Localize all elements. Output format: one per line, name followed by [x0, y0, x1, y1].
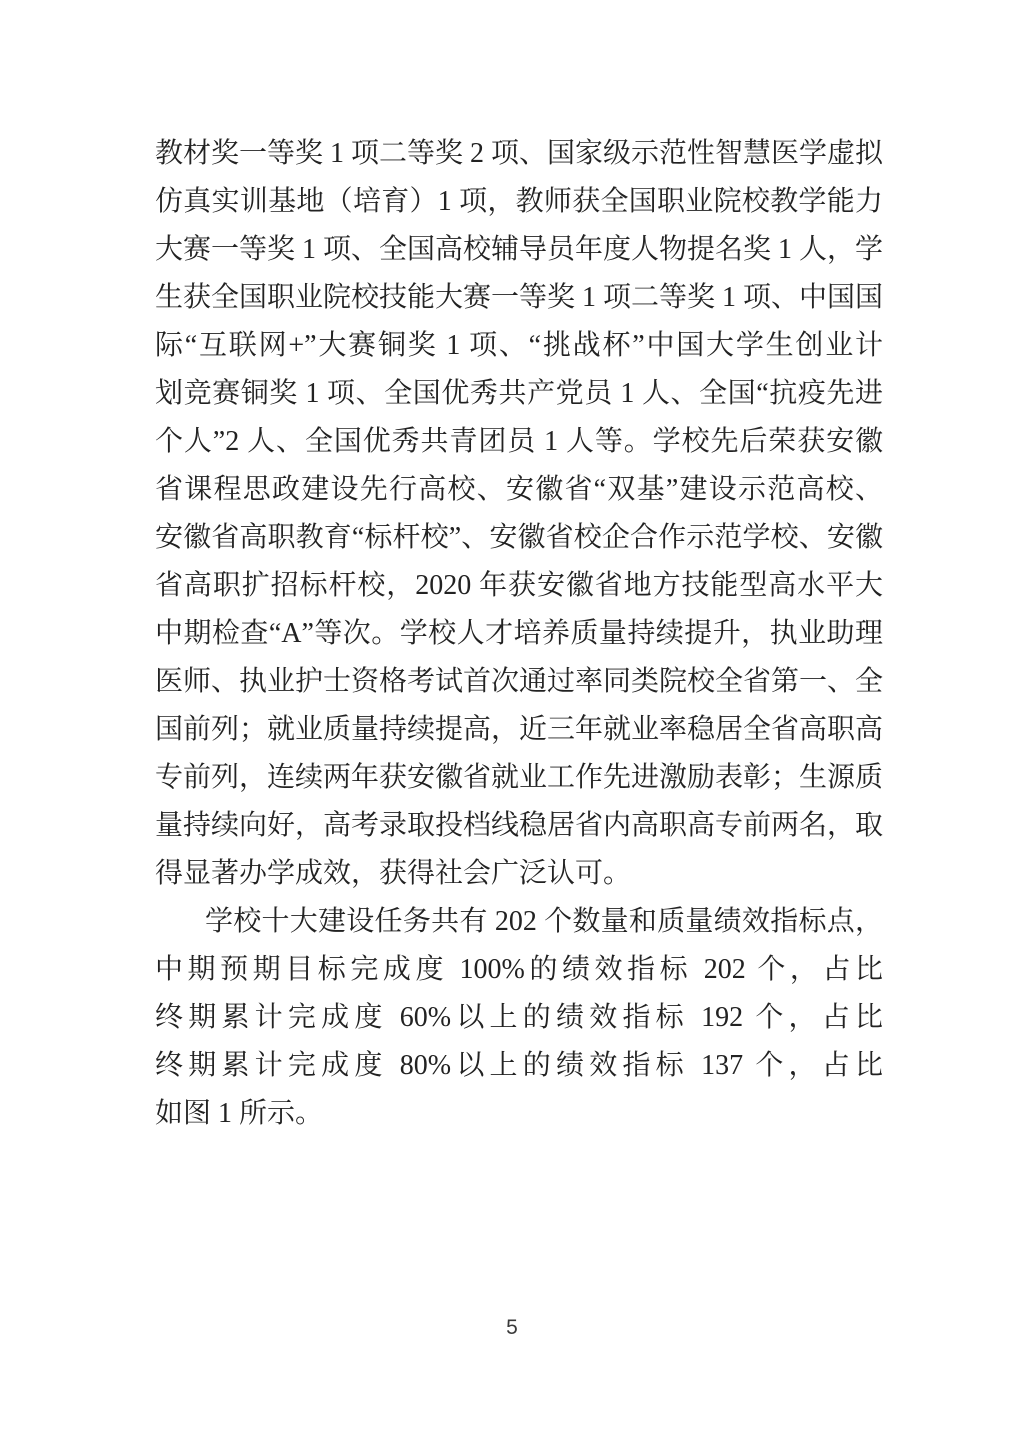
text-line: 安徽省高职教育“标杆校”、安徽省校企合作示范学校、安徽 [155, 514, 883, 562]
text-line: 际“互联网+”大赛铜奖 1 项、“挑战杯”中国大学生创业计 [155, 322, 883, 370]
text-line: 中期预期目标完成度 100%的绩效指标 202 个，占比 100%； [155, 946, 883, 994]
page-number: 5 [0, 1314, 1024, 1342]
text-line: 省高职扩招标杆校，2020 年获安徽省地方技能型高水平大学 [155, 562, 883, 610]
text-line: 终期累计完成度 60%以上的绩效指标 192 个，占比 95.05%； [155, 994, 883, 1042]
paragraph-achievements: 教材奖一等奖 1 项二等奖 2 项、国家级示范性智慧医学虚拟 仿真实训基地（培育… [155, 130, 883, 898]
text-line: 国前列；就业质量持续提高，近三年就业率稳居全省高职高 [155, 706, 883, 754]
text-line: 生获全国职业院校技能大赛一等奖 1 项二等奖 1 项、中国国 [155, 274, 883, 322]
text-line: 量持续向好，高考录取投档线稳居省内高职高专前两名，取 [155, 802, 883, 850]
text-line: 仿真实训基地（培育）1 项，教师获全国职业院校教学能力 [155, 178, 883, 226]
text-line: 专前列，连续两年获安徽省就业工作先进激励表彰；生源质 [155, 754, 883, 802]
text-line: 得显著办学成效，获得社会广泛认可。 [155, 850, 883, 898]
text-line: 学校十大建设任务共有 202 个数量和质量绩效指标点， [155, 898, 883, 946]
text-line: 终期累计完成度 80%以上的绩效指标 137 个，占比 67.82%， [155, 1042, 883, 1090]
text-line: 医师、执业护士资格考试首次通过率同类院校全省第一、全 [155, 658, 883, 706]
text-line: 如图 1 所示。 [155, 1090, 883, 1138]
text-line: 中期检查“A”等次。学校人才培养质量持续提升，执业助理 [155, 610, 883, 658]
text-line: 划竞赛铜奖 1 项、全国优秀共产党员 1 人、全国“抗疫先进 [155, 370, 883, 418]
body-text-block: 教材奖一等奖 1 项二等奖 2 项、国家级示范性智慧医学虚拟 仿真实训基地（培育… [155, 130, 883, 1138]
text-line: 省课程思政建设先行高校、安徽省“双基”建设示范高校、 [155, 466, 883, 514]
document-page: 教材奖一等奖 1 项二等奖 2 项、国家级示范性智慧医学虚拟 仿真实训基地（培育… [0, 0, 1024, 1448]
text-line: 大赛一等奖 1 项、全国高校辅导员年度人物提名奖 1 人，学 [155, 226, 883, 274]
text-line: 教材奖一等奖 1 项二等奖 2 项、国家级示范性智慧医学虚拟 [155, 130, 883, 178]
text-line: 个人”2 人、全国优秀共青团员 1 人等。学校先后荣获安徽 [155, 418, 883, 466]
paragraph-indicators: 学校十大建设任务共有 202 个数量和质量绩效指标点， 中期预期目标完成度 10… [155, 898, 883, 1138]
